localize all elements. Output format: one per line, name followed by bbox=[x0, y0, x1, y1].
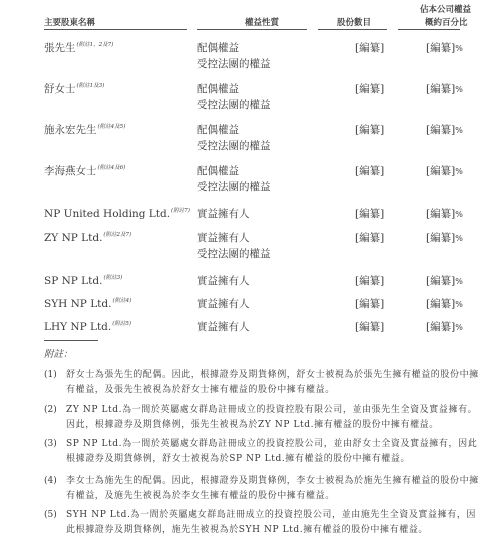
note-number: (4) bbox=[44, 474, 57, 489]
note-text: 李女士為施先生的配偶。因此，根據證券及期貨條例，李女士被視為於施先生擁有權益的股… bbox=[66, 474, 484, 504]
header-rule-nature bbox=[197, 29, 307, 30]
shareholder-name: NP United Holding Ltd.(附註7) bbox=[44, 206, 190, 220]
number-of-shares: [編纂] bbox=[355, 40, 384, 55]
note-number: (1) bbox=[44, 368, 57, 383]
note-reference: (附註3) bbox=[103, 275, 122, 281]
note-item: (4) 李女士為施先生的配偶。因此，根據證券及期貨條例，李女士被視為於施先生擁有… bbox=[44, 474, 484, 504]
header-percent-line1: 佔本公司權益 bbox=[420, 3, 471, 15]
note-reference: (附註2及7) bbox=[103, 232, 131, 238]
header-rule-percent bbox=[398, 29, 460, 30]
number-of-shares: [編纂] bbox=[355, 319, 384, 334]
shareholder-name: 張先生(附註1、2及7) bbox=[44, 40, 113, 55]
note-number: (5) bbox=[44, 508, 57, 523]
header-rule-shares bbox=[318, 29, 387, 30]
header-number-of-shares: 股份數目 bbox=[337, 16, 371, 28]
percentage: [編纂]% bbox=[426, 319, 463, 334]
header-rule-name bbox=[44, 29, 187, 30]
number-of-shares: [編纂] bbox=[355, 163, 384, 178]
nature-of-interest: 實益擁有人 bbox=[197, 319, 250, 335]
nature-of-interest: 配偶權益受控法團的權益 bbox=[197, 40, 271, 72]
note-reference: (附註1及3) bbox=[77, 83, 105, 89]
nature-of-interest: 實益擁有人 bbox=[197, 296, 250, 312]
nature-of-interest: 實益擁有人受控法團的權益 bbox=[197, 230, 271, 262]
note-number: (2) bbox=[44, 403, 57, 418]
header-percent-line2: 概約百分比 bbox=[425, 16, 468, 28]
nature-of-interest: 實益擁有人 bbox=[197, 273, 250, 289]
note-text: SYH NP Ltd.為一間於英屬處女群島註冊成立的投資控股公司，並由施先生全資… bbox=[66, 508, 484, 538]
note-text: SP NP Ltd.為一間於英屬處女群島註冊成立的投資控股公司，並由舒女士全資及… bbox=[66, 437, 484, 467]
notes-divider bbox=[44, 340, 98, 341]
nature-of-interest: 配偶權益受控法團的權益 bbox=[197, 122, 271, 154]
header-shareholder-name: 主要股東名稱 bbox=[44, 16, 95, 28]
note-reference: (附註1、2及7) bbox=[77, 42, 114, 48]
number-of-shares: [編纂] bbox=[355, 122, 384, 137]
shareholder-name: 施永宏先生(附註4及5) bbox=[44, 122, 125, 137]
percentage: [編纂]% bbox=[426, 273, 463, 288]
note-reference: (附註5) bbox=[112, 321, 131, 327]
percentage: [編纂]% bbox=[426, 40, 463, 55]
percentage: [編纂]% bbox=[426, 206, 463, 221]
number-of-shares: [編纂] bbox=[355, 206, 384, 221]
note-reference: (附註4) bbox=[112, 298, 131, 304]
note-item: (1) 舒女士為張先生的配偶。因此，根據證券及期貨條例，舒女士被視為於張先生擁有… bbox=[44, 368, 484, 398]
number-of-shares: [編纂] bbox=[355, 81, 384, 96]
header-nature-of-interest: 權益性質 bbox=[245, 16, 279, 28]
number-of-shares: [編纂] bbox=[355, 273, 384, 288]
number-of-shares: [編纂] bbox=[355, 296, 384, 311]
percentage: [編纂]% bbox=[426, 230, 463, 245]
percentage: [編纂]% bbox=[426, 81, 463, 96]
nature-of-interest: 配偶權益受控法團的權益 bbox=[197, 163, 271, 195]
percentage: [編纂]% bbox=[426, 163, 463, 178]
note-text: ZY NP Ltd.為一間於英屬處女群島註冊成立的投資控股有限公司，並由張先生全… bbox=[66, 403, 484, 433]
percentage: [編纂]% bbox=[426, 296, 463, 311]
note-reference: (附註4及6) bbox=[98, 165, 126, 171]
shareholder-name: 李海燕女士(附註4及6) bbox=[44, 163, 125, 178]
shareholder-name: 舒女士(附註1及3) bbox=[44, 81, 104, 96]
shareholder-name: LHY NP Ltd.(附註5) bbox=[44, 319, 131, 333]
notes-title: 附註： bbox=[44, 346, 73, 360]
note-text: 舒女士為張先生的配偶。因此，根據證券及期貨條例，舒女士被視為於張先生擁有權益的股… bbox=[66, 368, 484, 398]
shareholder-name: SYH NP Ltd.(附註4) bbox=[44, 296, 131, 310]
nature-of-interest: 實益擁有人 bbox=[197, 206, 250, 222]
shareholder-name: ZY NP Ltd.(附註2及7) bbox=[44, 230, 131, 244]
nature-of-interest: 配偶權益受控法團的權益 bbox=[197, 81, 271, 113]
number-of-shares: [編纂] bbox=[355, 230, 384, 245]
note-reference: (附註4及5) bbox=[98, 124, 126, 130]
note-number: (3) bbox=[44, 437, 57, 452]
note-reference: (附註7) bbox=[171, 208, 190, 214]
note-item: (2) ZY NP Ltd.為一間於英屬處女群島註冊成立的投資控股有限公司，並由… bbox=[44, 403, 484, 433]
note-item: (5) SYH NP Ltd.為一間於英屬處女群島註冊成立的投資控股公司，並由施… bbox=[44, 508, 484, 538]
note-item: (3) SP NP Ltd.為一間於英屬處女群島註冊成立的投資控股公司，並由舒女… bbox=[44, 437, 484, 467]
shareholder-name: SP NP Ltd.(附註3) bbox=[44, 273, 122, 287]
percentage: [編纂]% bbox=[426, 122, 463, 137]
